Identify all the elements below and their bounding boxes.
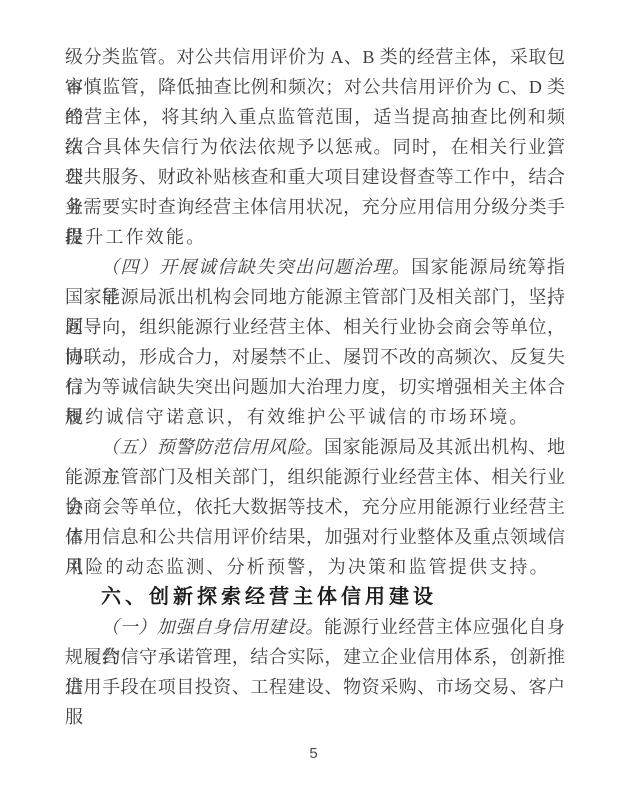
text-line: 审慎监管，降低抽查比例和频次；对公共信用评价为 C、D 类的 xyxy=(65,72,565,102)
text-line: （五）预警防范信用风险。国家能源局及其派出机构、地方 xyxy=(65,432,565,462)
text-line: 级分类监管。对公共信用评价为 A、B 类的经营主体，采取包容 xyxy=(65,42,565,72)
text-line: 国家能源局派出机构会同地方能源主管部门及相关部门，坚持问 xyxy=(65,282,565,312)
text-line: （四）开展诚信缺失突出问题治理。国家能源局统筹指导， xyxy=(65,252,565,282)
text-line: 务需要实时查询经营主体信用状况，充分应用信用分级分类手段 xyxy=(65,192,565,222)
text-line: 题导向，组织能源行业经营主体、相关行业协会商会等单位，协 xyxy=(65,312,565,342)
document-text-block: 级分类监管。对公共信用评价为 A、B 类的经营主体，采取包容审慎监管，降低抽查比… xyxy=(65,42,565,702)
document-page: 级分类监管。对公共信用评价为 A、B 类的经营主体，采取包容审慎监管，降低抽查比… xyxy=(0,0,627,793)
text-line: 履约诚信守诺意识，有效维护公平诚信的市场环境。 xyxy=(65,402,565,432)
page-number: 5 xyxy=(0,745,627,762)
text-line: 结合具体失信行为依法依规予以惩戒。同时，在相关行业管理、 xyxy=(65,132,565,162)
text-line: 信用手段在项目投资、工程建设、物资采购、市场交易、客户服 xyxy=(65,672,565,702)
text-line: 能源主管部门及相关部门，组织能源行业经营主体、相关行业协 xyxy=(65,462,565,492)
section-heading: 六、创新探索经营主体信用建设 xyxy=(65,582,565,612)
paragraph-lead-kai-text: （五）预警防范信用风险。 xyxy=(101,437,324,457)
text-line: 公共服务、财政补贴核查和重大项目建设督查等工作中，结合业 xyxy=(65,162,565,192)
text-line: 经营主体，将其纳入重点监管范围，适当提高抽查比例和频次， xyxy=(65,102,565,132)
paragraph-lead-kai-text: （一）加强自身信用建设。 xyxy=(101,617,324,637)
text-line: 提升工作效能。 xyxy=(65,222,565,252)
text-line: 行为等诚信缺失突出问题加大治理力度，切实增强相关主体合规 xyxy=(65,372,565,402)
text-line: （一）加强自身信用建设。能源行业经营主体应强化自身合 xyxy=(65,612,565,642)
text-line: 规履约信守承诺管理，结合实际，建立企业信用体系，创新推进 xyxy=(65,642,565,672)
text-line: 会商会等单位，依托大数据等技术，充分应用能源行业经营主体 xyxy=(65,492,565,522)
paragraph-lead-kai-text: （四）开展诚信缺失突出问题治理。 xyxy=(101,257,411,277)
text-line: 同联动，形成合力，对屡禁不止、屡罚不改的高频次、反复失信 xyxy=(65,342,565,372)
text-line: 风险的动态监测、分析预警，为决策和监管提供支持。 xyxy=(65,552,565,582)
text-line: 信用信息和公共信用评价结果，加强对行业整体及重点领域信用 xyxy=(65,522,565,552)
